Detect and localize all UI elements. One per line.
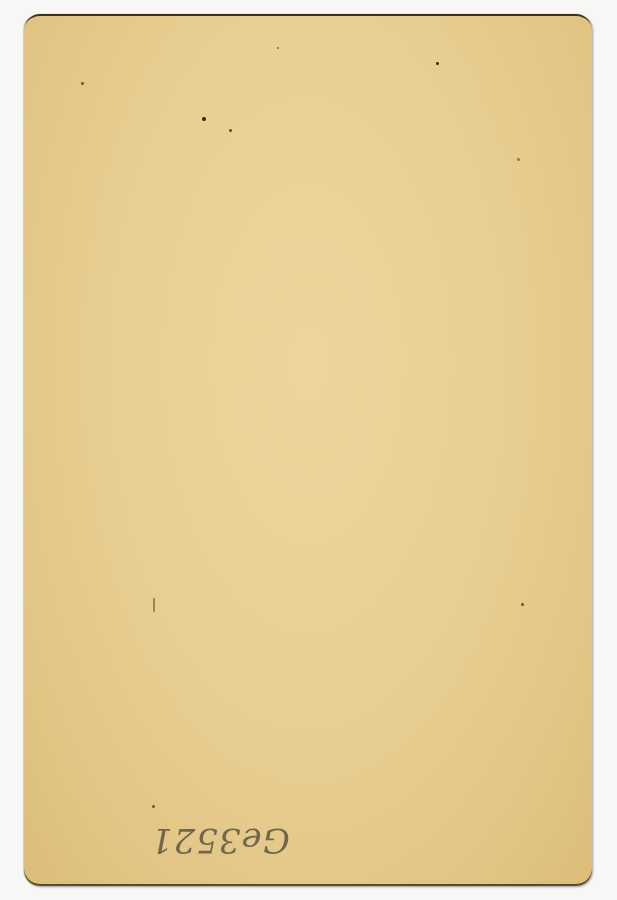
foxing-spot bbox=[517, 158, 520, 161]
foxing-spot bbox=[202, 117, 206, 121]
foxing-spot bbox=[152, 805, 155, 808]
photo-card-back bbox=[24, 14, 592, 886]
foxing-spot bbox=[521, 603, 524, 606]
foxing-spot bbox=[436, 62, 439, 65]
handwritten-catalog-number: Ge3521 bbox=[150, 820, 290, 860]
foxing-spot bbox=[277, 47, 279, 49]
scratch-mark bbox=[153, 598, 155, 612]
foxing-spot bbox=[229, 129, 232, 132]
foxing-spot bbox=[81, 82, 84, 85]
